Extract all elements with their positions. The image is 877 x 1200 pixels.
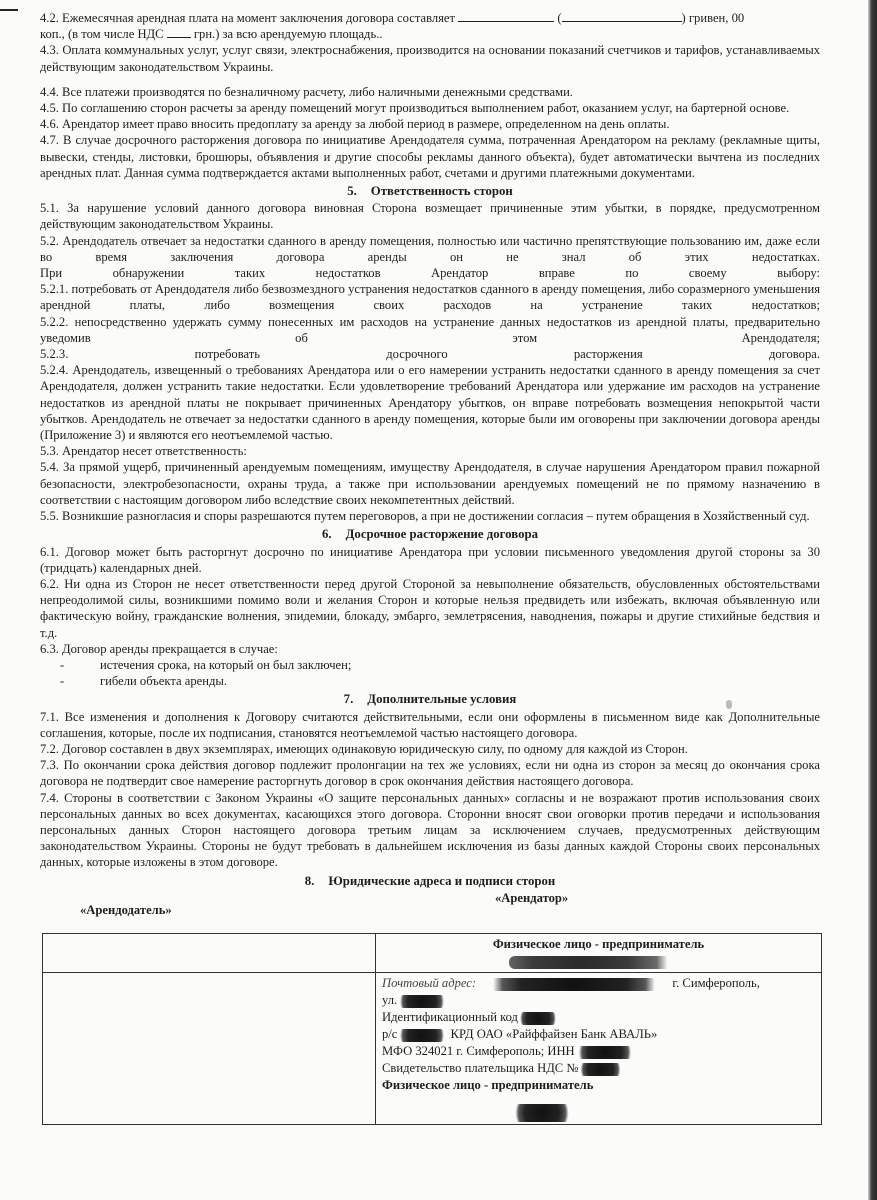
section-number: 6.: [322, 527, 332, 541]
clause-5-2-3: 5.2.3. потребовать досрочного расторжени…: [40, 346, 820, 362]
redacted-vat: [578, 1063, 623, 1076]
dash-bullet: -: [60, 657, 100, 673]
clause-7-2: 7.2. Договор составлен в двух экземпляра…: [40, 741, 820, 757]
section-title: Дополнительные условия: [367, 692, 516, 706]
section-8-heading: 8.Юридические адреса и подписи сторон: [40, 873, 820, 889]
id-code-line: Идентификационный код: [382, 1009, 815, 1026]
tenant-details-cell: Почтовый адрес: г. Симферополь, ул. Иден…: [376, 973, 822, 1125]
clause-5-2-4: 5.2.4. Арендодатель, извещенный о требов…: [40, 362, 820, 443]
tenant-name-redacted: [382, 953, 815, 970]
rent-amount-blank: [458, 10, 554, 22]
rent-words-blank: [562, 10, 682, 22]
clause-5-5: 5.5. Возникшие разногласия и споры разре…: [40, 508, 820, 524]
section-title: Досрочное расторжение договора: [346, 527, 538, 541]
clause-text: коп., (в том числе НДС: [40, 27, 164, 41]
clause-4-4: 4.4. Все платежи производятся по безнали…: [40, 84, 820, 100]
bank-name: КРД ОАО «Райффайзен Банк АВАЛЬ»: [451, 1027, 658, 1041]
id-code-label: Идентификационный код: [382, 1010, 518, 1024]
signature-caption: Физическое лицо - предприниматель: [382, 1077, 815, 1094]
signature-table: Физическое лицо - предприниматель Почтов…: [42, 933, 822, 1125]
scan-edge-mark: [0, 9, 18, 11]
section-title: Ответственность сторон: [371, 184, 513, 198]
mfo-line: МФО 324021 г. Симферополь; ИНН: [382, 1043, 815, 1060]
clause-5-4: 5.4. За прямой ущерб, причиненный аренду…: [40, 459, 820, 508]
clause-7-3: 7.3. По окончании срока действия договор…: [40, 757, 820, 789]
city: г. Симферополь,: [672, 976, 760, 990]
clause-4-2: 4.2. Ежемесячная арендная плата на момен…: [40, 10, 820, 42]
street-prefix: ул.: [382, 993, 397, 1007]
section-7-heading: 7.Дополнительные условия: [40, 691, 820, 707]
street-line: ул.: [382, 992, 815, 1009]
signature-party-labels: «Арендодатель» «Арендатор»: [40, 890, 820, 916]
clause-4-3: 4.3. Оплата коммунальных услуг, услуг св…: [40, 42, 820, 74]
list-item: -гибели объекта аренды.: [40, 673, 820, 689]
list-item-text: истечения срока, на который он был заклю…: [100, 658, 351, 672]
clause-text: грн.) за всю арендуемую площадь..: [194, 27, 383, 41]
tenant-label: «Арендатор»: [495, 890, 568, 906]
section-title: Юридические адреса и подписи сторон: [328, 874, 555, 888]
landlord-details-cell: [43, 973, 376, 1125]
clause-5-3: 5.3. Арендатор несет ответственность:: [40, 443, 820, 459]
document-page: 4.2. Ежемесячная арендная плата на момен…: [40, 10, 820, 916]
vat-blank: [167, 26, 191, 38]
section-6-heading: 6.Досрочное расторжение договора: [40, 526, 820, 542]
signature-redacted: [382, 1094, 815, 1122]
mfo-text: МФО 324021 г. Симферополь; ИНН: [382, 1044, 575, 1058]
postal-label: Почтовый адрес:: [382, 976, 476, 990]
list-item: -истечения срока, на который он был закл…: [40, 657, 820, 673]
redacted-id-code: [518, 1012, 558, 1025]
vat-line: Свидетельство плательщика НДС №: [382, 1060, 815, 1077]
clause-text: 4.2. Ежемесячная арендная плата на момен…: [40, 11, 455, 25]
dash-bullet: -: [60, 673, 100, 689]
tenant-type: Физическое лицо - предприниматель: [382, 936, 815, 953]
clause-5-2: 5.2. Арендодатель отвечает за недостатки…: [40, 233, 820, 265]
bank-line: р/с КРД ОАО «Райффайзен Банк АВАЛЬ»: [382, 1026, 815, 1043]
clause-4-5: 4.5. По соглашению сторон расчеты за аре…: [40, 100, 820, 116]
clause-4-7: 4.7. В случае досрочного расторжения дог…: [40, 132, 820, 181]
clause-6-1: 6.1. Договор может быть расторгнут досро…: [40, 544, 820, 576]
clause-5-2-1: 5.2.1. потребовать от Арендодателя либо …: [40, 281, 820, 313]
redacted-inn: [575, 1046, 635, 1059]
clause-7-1: 7.1. Все изменения и дополнения к Догово…: [40, 709, 820, 741]
clause-6-2: 6.2. Ни одна из Сторон не несет ответств…: [40, 576, 820, 641]
section-number: 7.: [344, 692, 354, 706]
postal-address: Почтовый адрес: г. Симферополь,: [382, 975, 815, 992]
clause-text: ) гривен, 00: [682, 11, 745, 25]
tenant-header-cell: Физическое лицо - предприниматель: [376, 934, 822, 973]
clause-5-2-choice: При обнаружении таких недостатков Аренда…: [40, 265, 820, 281]
landlord-header-cell: [43, 934, 376, 973]
redacted-account: [397, 1029, 447, 1042]
clause-6-3: 6.3. Договор аренды прекращается в случа…: [40, 641, 820, 657]
clause-5-1: 5.1. За нарушение условий данного догово…: [40, 200, 820, 232]
clause-4-6: 4.6. Арендатор имеет право вносить предо…: [40, 116, 820, 132]
scan-edge-shadow: [868, 0, 877, 1200]
vat-cert-label: Свидетельство плательщика НДС №: [382, 1061, 578, 1075]
redacted-street: [397, 995, 447, 1008]
clause-5-2-2: 5.2.2. непосредственно удержать сумму по…: [40, 314, 820, 346]
clause-7-4: 7.4. Стороны в соответствии с Законом Ук…: [40, 790, 820, 871]
account-prefix: р/с: [382, 1027, 397, 1041]
section-number: 8.: [305, 874, 315, 888]
landlord-label: «Арендодатель»: [80, 902, 172, 918]
section-number: 5.: [347, 184, 357, 198]
section-5-heading: 5.Ответственность сторон: [40, 183, 820, 199]
list-item-text: гибели объекта аренды.: [100, 674, 227, 688]
redacted-address: [479, 978, 669, 991]
